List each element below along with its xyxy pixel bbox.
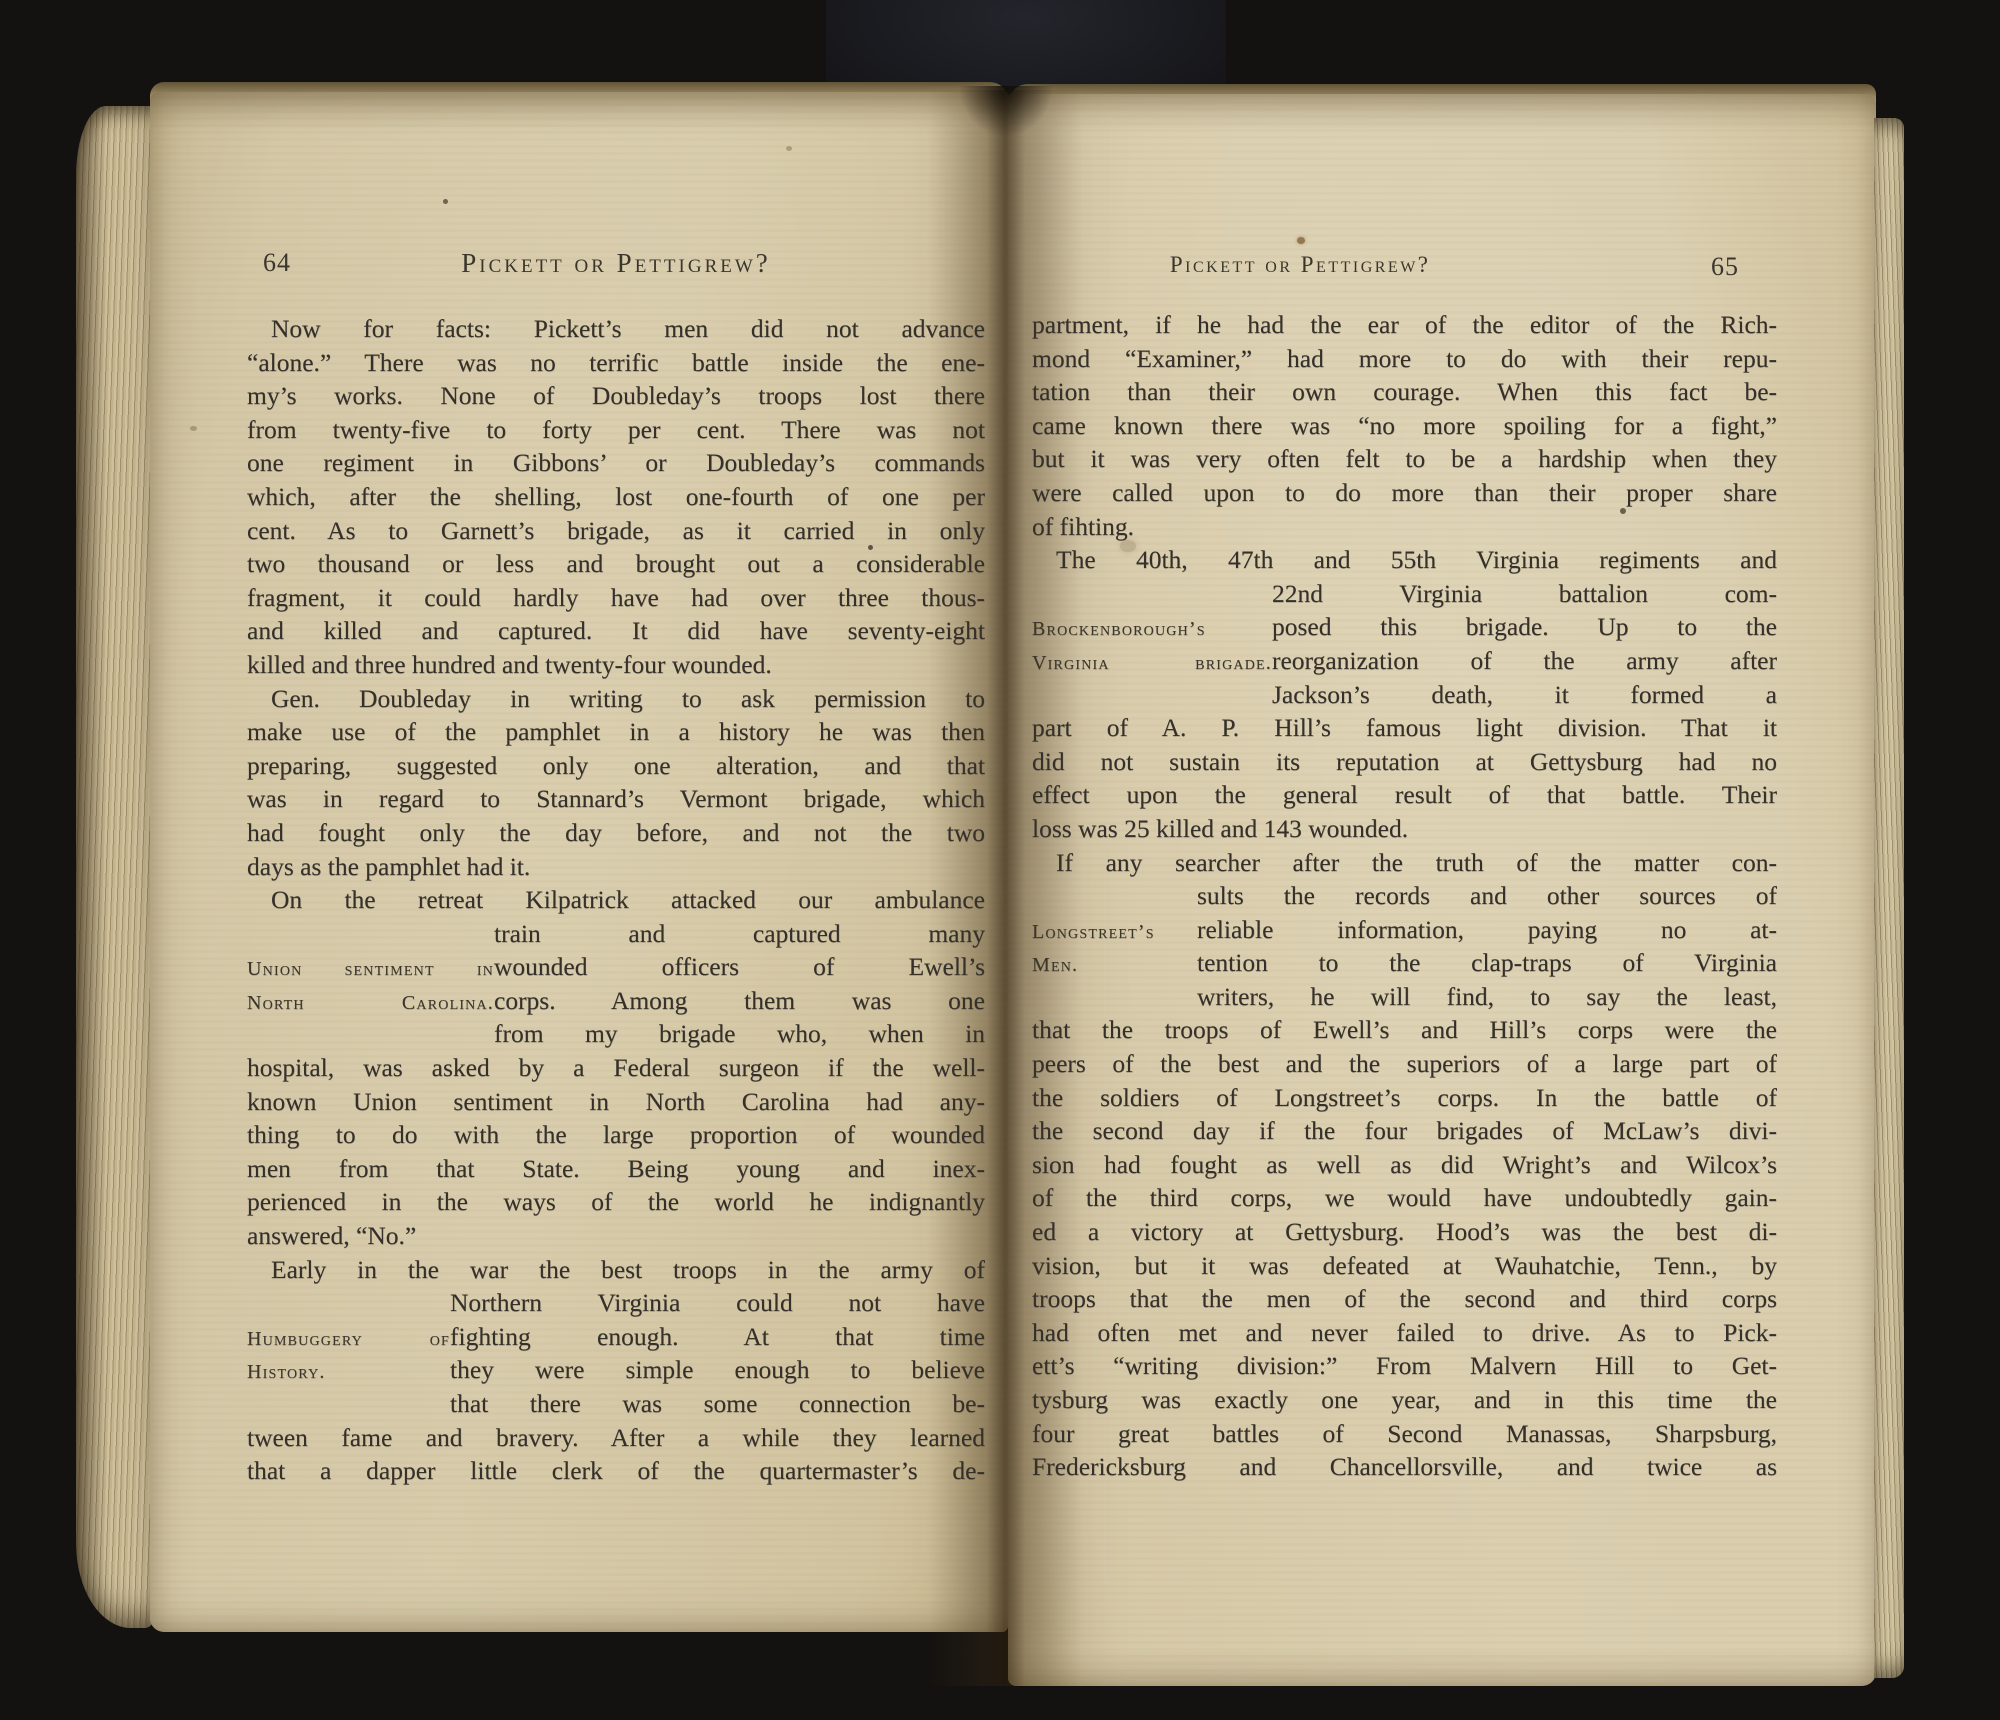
- text-line-content: reliable information, paying no at-: [1197, 915, 1777, 945]
- text-line: partment, if he had the ear of the edito…: [1032, 310, 1777, 344]
- text-line: cent. As to Garnett’s brigade, as it car…: [247, 516, 985, 550]
- text-line: had fought only the day before, and not …: [247, 818, 985, 852]
- text-line-content: from my brigade who, when in: [494, 1019, 985, 1049]
- text-line: four great battles of Second Manassas, S…: [1032, 1419, 1777, 1453]
- text-line: Fredericksburg and Chancellorsville, and…: [1032, 1452, 1777, 1486]
- page-stack-right-edge: [1874, 118, 1904, 1678]
- text-line-content: sults the records and other sources of: [1197, 881, 1777, 911]
- text-line: make use of the pamphlet in a history he…: [247, 717, 985, 751]
- text-line-content: 22nd Virginia battalion com-: [1272, 579, 1777, 609]
- text-line: train and captured many: [247, 919, 985, 953]
- text-line: my’s works. None of Doubleday’s troops l…: [247, 381, 985, 415]
- text-line-content: train and captured many: [494, 919, 985, 949]
- text-line: On the retreat Kilpatrick attacked our a…: [247, 885, 985, 919]
- text-line: was in regard to Stannard’s Vermont brig…: [247, 784, 985, 818]
- text-line: If any searcher after the truth of the m…: [1032, 848, 1777, 882]
- text-line: mond “Examiner,” had more to do with the…: [1032, 344, 1777, 378]
- text-line: known Union sentiment in North Carolina …: [247, 1087, 985, 1121]
- text-line: of the third corps, we would have undoub…: [1032, 1183, 1777, 1217]
- text-line-content: Northern Virginia could not have: [450, 1288, 985, 1318]
- text-line-content: tention to the clap-traps of Virginia: [1197, 948, 1777, 978]
- text-line: one regiment in Gibbons’ or Doubleday’s …: [247, 448, 985, 482]
- text-line: Northern Virginia could not have: [247, 1288, 985, 1322]
- text-line: writers, he will find, to say the least,: [1032, 982, 1777, 1016]
- text-line: that there was some connection be-: [247, 1389, 985, 1423]
- text-line: ed a victory at Gettysburg. Hood’s was t…: [1032, 1217, 1777, 1251]
- text-line: Brockenborough’sposed this brigade. Up t…: [1032, 612, 1777, 646]
- text-line-content: corps. Among them was one: [494, 986, 985, 1016]
- side-note-label: Virginia brigade.: [1032, 652, 1272, 675]
- text-line: men from that State. Being young and ine…: [247, 1154, 985, 1188]
- text-line: answered, “No.”: [247, 1221, 985, 1255]
- page-number-right: 65: [1711, 252, 1739, 282]
- text-line-content: posed this brigade. Up to the: [1272, 612, 1777, 642]
- text-line: that the troops of Ewell’s and Hill’s co…: [1032, 1015, 1777, 1049]
- side-note-label: History.: [247, 1361, 450, 1384]
- page-stack-left-edge: [76, 106, 154, 1628]
- text-line: that a dapper little clerk of the quarte…: [247, 1456, 985, 1490]
- side-note-label: North Carolina.: [247, 992, 494, 1015]
- text-line: vision, but it was defeated at Wauhatchi…: [1032, 1251, 1777, 1285]
- text-line: Gen. Doubleday in writing to ask permiss…: [247, 684, 985, 718]
- text-line: Virginia brigade.reorganization of the a…: [1032, 646, 1777, 680]
- text-line: sion had fought as well as did Wright’s …: [1032, 1150, 1777, 1184]
- text-line: killed and three hundred and twenty-four…: [247, 650, 985, 684]
- text-line: Early in the war the best troops in the …: [247, 1255, 985, 1289]
- text-line: the soldiers of Longstreet’s corps. In t…: [1032, 1083, 1777, 1117]
- text-line: Men.tention to the clap-traps of Virgini…: [1032, 948, 1777, 982]
- side-note-label: Longstreet’s: [1032, 921, 1197, 944]
- side-note-label: Men.: [1032, 954, 1197, 977]
- side-note-label: Humbuggery of: [247, 1328, 450, 1351]
- left-page-text: Now for facts: Pickett’s men did not adv…: [247, 314, 985, 1490]
- text-line-content: writers, he will find, to say the least,: [1197, 982, 1777, 1012]
- text-line-content: reorganization of the army after: [1272, 646, 1777, 676]
- text-line: The 40th, 47th and 55th Virginia regimen…: [1032, 545, 1777, 579]
- text-line: tysburg was exactly one year, and in thi…: [1032, 1385, 1777, 1419]
- text-line: tation than their own courage. When this…: [1032, 377, 1777, 411]
- text-line-content: wounded officers of Ewell’s: [494, 952, 985, 982]
- text-line: the second day if the four brigades of M…: [1032, 1116, 1777, 1150]
- text-line: came known there was “no more spoiling f…: [1032, 411, 1777, 445]
- text-line: thing to do with the large proportion of…: [247, 1120, 985, 1154]
- text-line: North Carolina.corps. Among them was one: [247, 986, 985, 1020]
- text-line-content: they were simple enough to believe: [450, 1355, 985, 1385]
- text-line: did not sustain its reputation at Gettys…: [1032, 747, 1777, 781]
- running-title-left: Pickett or Pettigrew?: [461, 248, 771, 279]
- right-running-head: Pickett or Pettigrew? 65: [1032, 252, 1777, 290]
- side-note-label: Brockenborough’s: [1032, 618, 1272, 641]
- text-line: were called upon to do more than their p…: [1032, 478, 1777, 512]
- text-line: from my brigade who, when in: [247, 1019, 985, 1053]
- running-title-right: Pickett or Pettigrew?: [1170, 252, 1431, 278]
- text-line: fragment, it could hardly have had over …: [247, 583, 985, 617]
- text-line: which, after the shelling, lost one-four…: [247, 482, 985, 516]
- text-line-content: that there was some connection be-: [450, 1389, 985, 1419]
- text-line: History.they were simple enough to belie…: [247, 1355, 985, 1389]
- text-line-content: fighting enough. At that time: [450, 1322, 985, 1352]
- text-line: part of A. P. Hill’s famous light divisi…: [1032, 713, 1777, 747]
- text-line: had often met and never failed to drive.…: [1032, 1318, 1777, 1352]
- text-line: Now for facts: Pickett’s men did not adv…: [247, 314, 985, 348]
- text-line: and killed and captured. It did have sev…: [247, 616, 985, 650]
- side-note-label: Union sentiment in: [247, 958, 494, 981]
- text-line: two thousand or less and brought out a c…: [247, 549, 985, 583]
- text-line: 22nd Virginia battalion com-: [1032, 579, 1777, 613]
- text-line: perienced in the ways of the world he in…: [247, 1187, 985, 1221]
- text-line: troops that the men of the second and th…: [1032, 1284, 1777, 1318]
- text-line: days as the pamphlet had it.: [247, 852, 985, 886]
- book-photo: 64 Pickett or Pettigrew? Pickett or Pett…: [0, 0, 2000, 1720]
- text-line: Longstreet’sreliable information, paying…: [1032, 915, 1777, 949]
- text-line: tween fame and bravery. After a while th…: [247, 1423, 985, 1457]
- text-line: but it was very often felt to be a hards…: [1032, 444, 1777, 478]
- left-running-head: 64 Pickett or Pettigrew?: [247, 248, 985, 286]
- text-line: preparing, suggested only one alteration…: [247, 751, 985, 785]
- text-line-content: Jackson’s death, it formed a: [1272, 680, 1777, 710]
- text-line: from twenty-five to forty per cent. Ther…: [247, 415, 985, 449]
- text-line: Humbuggery offighting enough. At that ti…: [247, 1322, 985, 1356]
- text-line: of fihting.: [1032, 512, 1777, 546]
- right-page-text: partment, if he had the ear of the edito…: [1032, 310, 1777, 1486]
- page-number-left: 64: [263, 248, 291, 278]
- text-line: ett’s “writing division:” From Malvern H…: [1032, 1351, 1777, 1385]
- text-line: peers of the best and the superiors of a…: [1032, 1049, 1777, 1083]
- text-line: Jackson’s death, it formed a: [1032, 680, 1777, 714]
- text-line: effect upon the general result of that b…: [1032, 780, 1777, 814]
- text-line: loss was 25 killed and 143 wounded.: [1032, 814, 1777, 848]
- text-line: sults the records and other sources of: [1032, 881, 1777, 915]
- text-line: Union sentiment inwounded officers of Ew…: [247, 952, 985, 986]
- text-line: hospital, was asked by a Federal surgeon…: [247, 1053, 985, 1087]
- text-line: “alone.” There was no terrific battle in…: [247, 348, 985, 382]
